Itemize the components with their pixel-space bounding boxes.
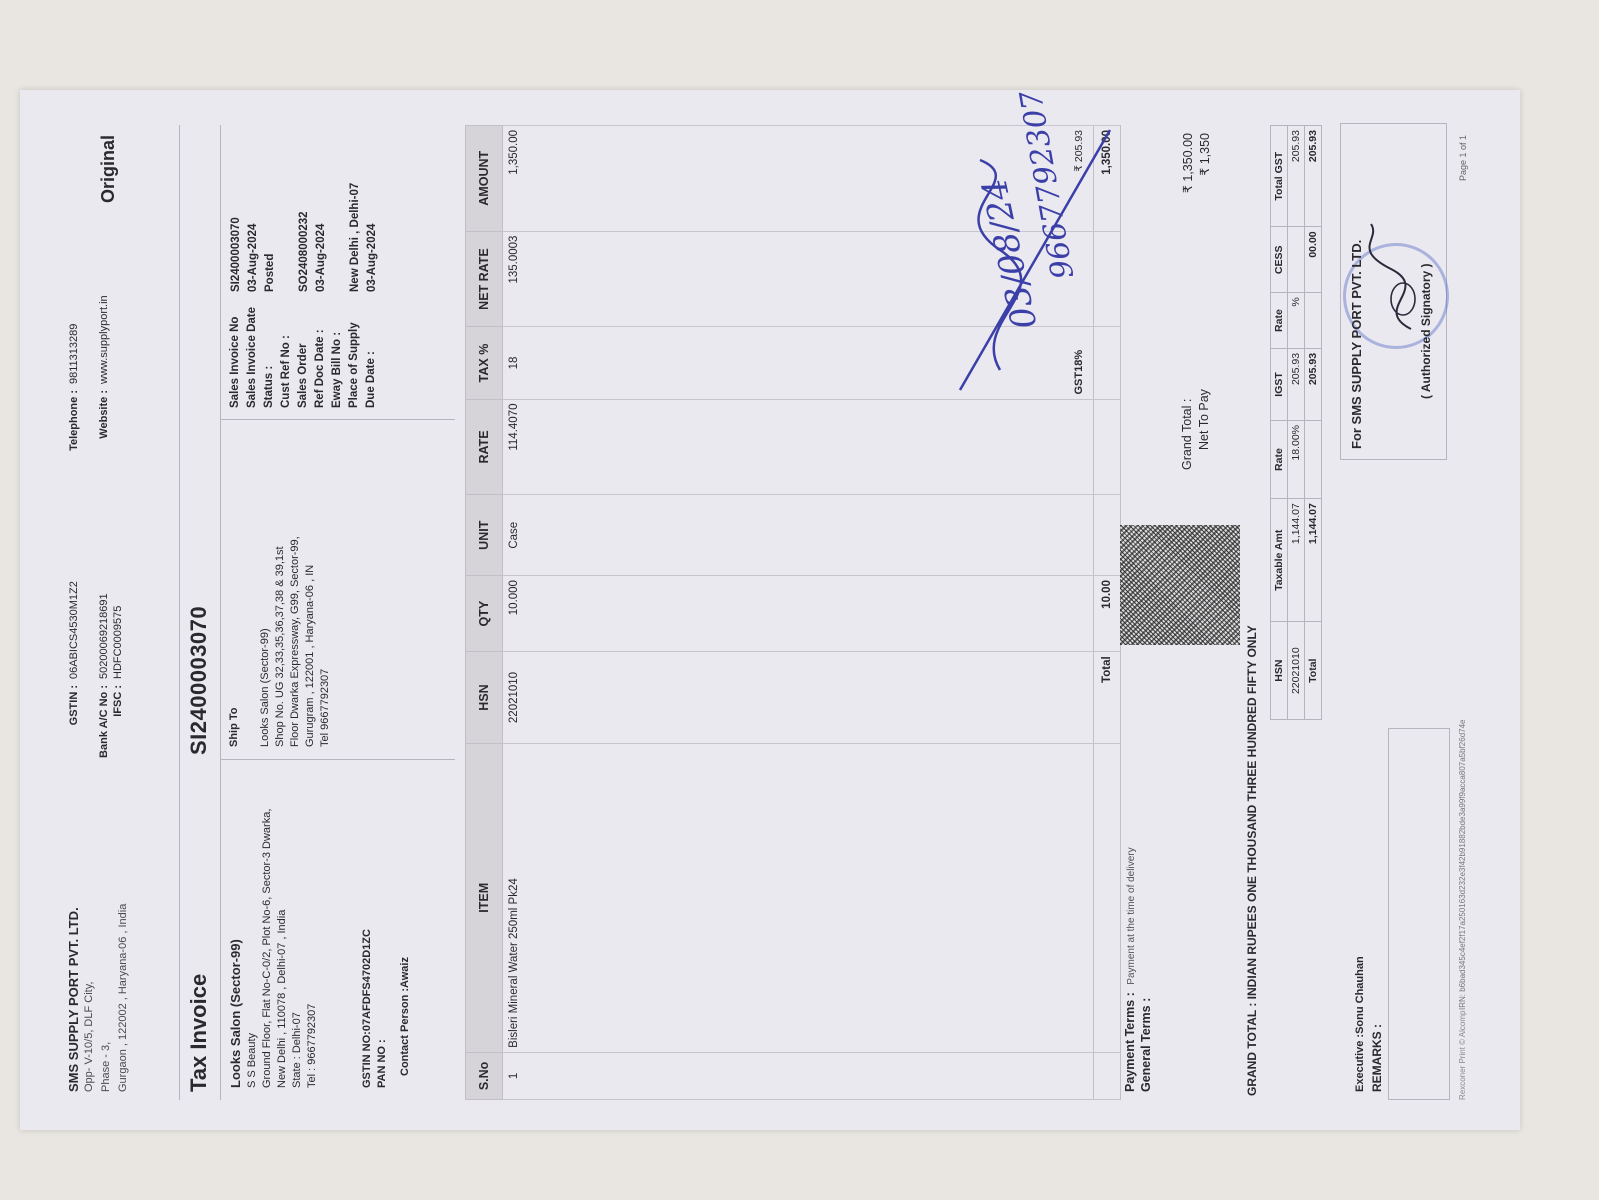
- remarks-box: [1388, 728, 1450, 1100]
- doc-title: Tax Invoice: [186, 974, 212, 1092]
- hsn-total-row: Total1,144.07205.9300.00205.93: [1304, 126, 1321, 720]
- items-table: S.NoITEMHSNQTYUNITRATETAX %NET RATEAMOUN…: [465, 125, 1121, 1100]
- hsn-cell: 00.00: [1304, 227, 1321, 293]
- page-number: Page 1 of 1: [1458, 135, 1468, 181]
- bill-to-line: Tel : 9667792307: [305, 772, 320, 1088]
- general-terms: General Terms :: [1139, 998, 1153, 1092]
- invoice-meta: Sales Invoice NoSI2400003070Sales Invoic…: [220, 125, 455, 420]
- table-cell: [525, 399, 1094, 495]
- ship-to-line: Floor Dwarka Expressway, G99, Sector-99,: [288, 432, 303, 747]
- column-header-unit: UNIT: [465, 495, 502, 576]
- bill-to-name: Looks Salon (Sector-99): [227, 772, 245, 1088]
- items-table-wrap: S.NoITEMHSNQTYUNITRATETAX %NET RATEAMOUN…: [465, 125, 1121, 1100]
- seller-block: SMS SUPPLY PORT PVT. LTD. Opp- V-10/5, D…: [66, 904, 132, 1092]
- meta-key: Sales Invoice Date: [244, 293, 261, 409]
- meta-value: New Delhi , Delhi-07: [346, 182, 363, 293]
- table-cell: 1: [502, 1052, 525, 1099]
- meta-value: [329, 182, 346, 293]
- column-header-tax-: TAX %: [465, 327, 502, 399]
- meta-key: Sales Invoice No: [227, 293, 244, 409]
- hsn-cell: [1304, 293, 1321, 349]
- hsn-cell: 22021010: [1287, 622, 1304, 720]
- seller-website: Website :www.supplyport.in: [98, 295, 110, 480]
- meta-row: Sales Invoice Date03-Aug-2024: [244, 182, 261, 409]
- table-cell: 18: [502, 327, 525, 399]
- seller-address-2: Phase - 3,: [98, 904, 115, 1092]
- items-header-row: S.NoITEMHSNQTYUNITRATETAX %NET RATEAMOUN…: [465, 126, 502, 1100]
- executive: Executive :Sonu Chauhan: [1354, 956, 1366, 1092]
- ship-to-line: Gurugram , 122001 , Haryana-06 , IN: [303, 432, 318, 747]
- signature-box: For SMS SUPPLY PORT PVT. LTD. ( Authoriz…: [1340, 123, 1447, 460]
- seller-gstin: GSTIN :06ABICS4530M1Z2: [68, 581, 80, 755]
- table-cell: ₹ 205.93: [525, 126, 1094, 232]
- hsn-cell: [1287, 227, 1304, 293]
- meta-row: Sales Invoice NoSI2400003070: [227, 182, 244, 409]
- meta-value: [278, 182, 295, 293]
- ship-to-line: Shop No. UG 32,33,35,36,37,38 & 39,1st: [273, 432, 288, 747]
- bill-to-gstin: GSTIN NO:07AFDFS4702D1ZC: [360, 772, 375, 1088]
- seller-address-1: Opp- V-10/5, DLF City,: [81, 904, 98, 1092]
- hsn-cell: 1,144.07: [1287, 499, 1304, 622]
- meta-key: Cust Ref No :: [278, 293, 295, 409]
- grand-total-label: Grand Total :: [1180, 399, 1194, 470]
- table-filler: GST18%₹ 205.93: [525, 126, 1094, 1100]
- meta-key: Status :: [261, 293, 278, 409]
- hsn-cell: 205.93: [1287, 126, 1304, 227]
- seller-name: SMS SUPPLY PORT PVT. LTD.: [66, 904, 81, 1092]
- hsn-cell: [1304, 420, 1321, 498]
- meta-value: SO2408000232: [295, 182, 312, 293]
- table-cell: Case: [502, 495, 525, 576]
- meta-row: Sales OrderSO2408000232: [295, 182, 312, 409]
- bill-to-pan: PAN NO :: [375, 772, 390, 1088]
- copy-label: Original: [98, 135, 119, 203]
- hsn-header: Total GST: [1270, 126, 1287, 227]
- hsn-row: 220210101,144.0718.00%205.93%205.93: [1287, 126, 1304, 720]
- seller-address-3: Gurgaon , 122002 , Haryana-06 , India: [115, 904, 132, 1092]
- invoice-sheet: SMS SUPPLY PORT PVT. LTD. Opp- V-10/5, D…: [60, 125, 1480, 1100]
- table-cell: Bisleri Mineral Water 250ml Pk24: [502, 743, 525, 1052]
- meta-row: Due Date :03-Aug-2024: [363, 182, 380, 409]
- ship-to-line: Tel 9667792307: [318, 432, 333, 747]
- ship-to-line: Looks Salon (Sector-99): [258, 432, 273, 747]
- meta-value: 03-Aug-2024: [363, 182, 380, 293]
- column-header-rate: RATE: [465, 399, 502, 495]
- hsn-header: Rate: [1270, 420, 1287, 498]
- qr-code: [1120, 525, 1240, 645]
- table-cell: [525, 1052, 1094, 1099]
- seller-ifsc: IFSC :HDFC0009575: [112, 606, 124, 800]
- table-cell: 22021010: [502, 652, 525, 743]
- table-cell: 135.0003: [502, 231, 525, 327]
- meta-key: Eway Bill No :: [329, 293, 346, 409]
- hsn-summary-table: HSNTaxable AmtRateIGSTRateCESSTotal GST …: [1270, 125, 1322, 720]
- invoice-number-heading: SI2400003070: [186, 606, 212, 755]
- authorized-signatory: ( Authorized Signatory ): [1419, 263, 1433, 399]
- meta-row: Ref Doc Date :03-Aug-2024: [312, 182, 329, 409]
- meta-value: SI2400003070: [227, 182, 244, 293]
- meta-row: Cust Ref No :: [278, 182, 295, 409]
- column-header-item: ITEM: [465, 743, 502, 1052]
- column-header-amount: AMOUNT: [465, 126, 502, 232]
- printer-credit: Rexconer Print © Alcomp: [1458, 1011, 1467, 1100]
- title-row: Tax Invoice SI2400003070 Original: [180, 125, 220, 1100]
- for-company: For SMS SUPPLY PORT PVT. LTD.: [1349, 240, 1364, 449]
- ship-to: Ship To Looks Salon (Sector-99) Shop No.…: [220, 420, 455, 760]
- hsn-header: Rate: [1270, 293, 1287, 349]
- contact-person: Contact Person :Awaiz: [398, 772, 413, 1076]
- column-header-s-no: S.No: [465, 1052, 502, 1099]
- table-cell: [525, 652, 1094, 743]
- table-cell: [525, 743, 1094, 1052]
- amount-in-words: GRAND TOTAL : INDIAN RUPEES ONE THOUSAND…: [1245, 125, 1269, 1100]
- table-cell: GST18%: [525, 327, 1094, 399]
- meta-row: Eway Bill No :: [329, 182, 346, 409]
- meta-row: Status :Posted: [261, 182, 278, 409]
- bill-to-line: S S Beauty: [245, 772, 260, 1088]
- hsn-header: CESS: [1270, 227, 1287, 293]
- bill-to: Looks Salon (Sector-99) S S Beauty Groun…: [220, 760, 455, 1100]
- column-header-net-rate: NET RATE: [465, 231, 502, 327]
- hsn-cell: 18.00%: [1287, 420, 1304, 498]
- seller-header: SMS SUPPLY PORT PVT. LTD. Opp- V-10/5, D…: [60, 125, 180, 1100]
- ship-to-label: Ship To: [227, 432, 242, 747]
- net-pay-value: ₹ 1,350: [1197, 133, 1212, 176]
- meta-row: Place of SupplyNew Delhi , Delhi-07: [346, 182, 363, 409]
- irn-code: IRN: b6bad345c4ef2f17a250163d232e3f42b91…: [1458, 720, 1467, 1011]
- seller-bank: Bank A/C No :50200069218691: [98, 593, 110, 800]
- table-cell: [525, 495, 1094, 576]
- seller-telephone: Telephone :9811313289: [68, 324, 80, 480]
- table-row: 1Bisleri Mineral Water 250ml Pk242202101…: [502, 126, 525, 1100]
- table-cell: [525, 231, 1094, 327]
- remarks-label: REMARKS :: [1370, 1024, 1384, 1092]
- payment-terms: Payment Terms : Payment at the time of d…: [1123, 847, 1137, 1092]
- hsn-cell: %: [1287, 293, 1304, 349]
- meta-key: Ref Doc Date :: [312, 293, 329, 409]
- table-cell: [525, 576, 1094, 652]
- bill-to-line: Ground Floor, Flat No-C-0/2, Plot No-6, …: [260, 772, 275, 1088]
- column-header-hsn: HSN: [465, 652, 502, 743]
- table-cell: 1,350.00: [502, 126, 525, 232]
- meta-key: Due Date :: [363, 293, 380, 409]
- terms-section: Payment Terms : Payment at the time of d…: [1115, 125, 1245, 1100]
- hsn-cell: 205.93: [1304, 126, 1321, 227]
- hsn-cell: Total: [1304, 622, 1321, 720]
- net-pay-label: Net To Pay: [1197, 389, 1211, 450]
- hsn-header: Taxable Amt: [1270, 499, 1287, 622]
- grand-total-value: ₹ 1,350.00: [1180, 133, 1195, 193]
- meta-value: Posted: [261, 182, 278, 293]
- hsn-cell: 205.93: [1304, 348, 1321, 420]
- table-cell: 10.000: [502, 576, 525, 652]
- meta-value: 03-Aug-2024: [312, 182, 329, 293]
- bill-to-line: State : Delhi-07: [290, 772, 305, 1088]
- meta-key: Sales Order: [295, 293, 312, 409]
- hsn-cell: 1,144.07: [1304, 499, 1321, 622]
- hsn-header: IGST: [1270, 348, 1287, 420]
- hsn-summary: HSNTaxable AmtRateIGSTRateCESSTotal GST …: [1270, 125, 1322, 720]
- table-cell: 114.4070: [502, 399, 525, 495]
- meta-table: Sales Invoice NoSI2400003070Sales Invoic…: [227, 182, 380, 409]
- column-header-qty: QTY: [465, 576, 502, 652]
- invoice-paper: SMS SUPPLY PORT PVT. LTD. Opp- V-10/5, D…: [20, 90, 1520, 1130]
- hsn-cell: 205.93: [1287, 348, 1304, 420]
- footer: Executive :Sonu Chauhan REMARKS : For SM…: [1340, 125, 1450, 1100]
- bill-to-line: New Delhi , 110078 , Delhi-07 , India: [275, 772, 290, 1088]
- meta-value: 03-Aug-2024: [244, 182, 261, 293]
- hsn-header: HSN: [1270, 622, 1287, 720]
- meta-key: Place of Supply: [346, 293, 363, 409]
